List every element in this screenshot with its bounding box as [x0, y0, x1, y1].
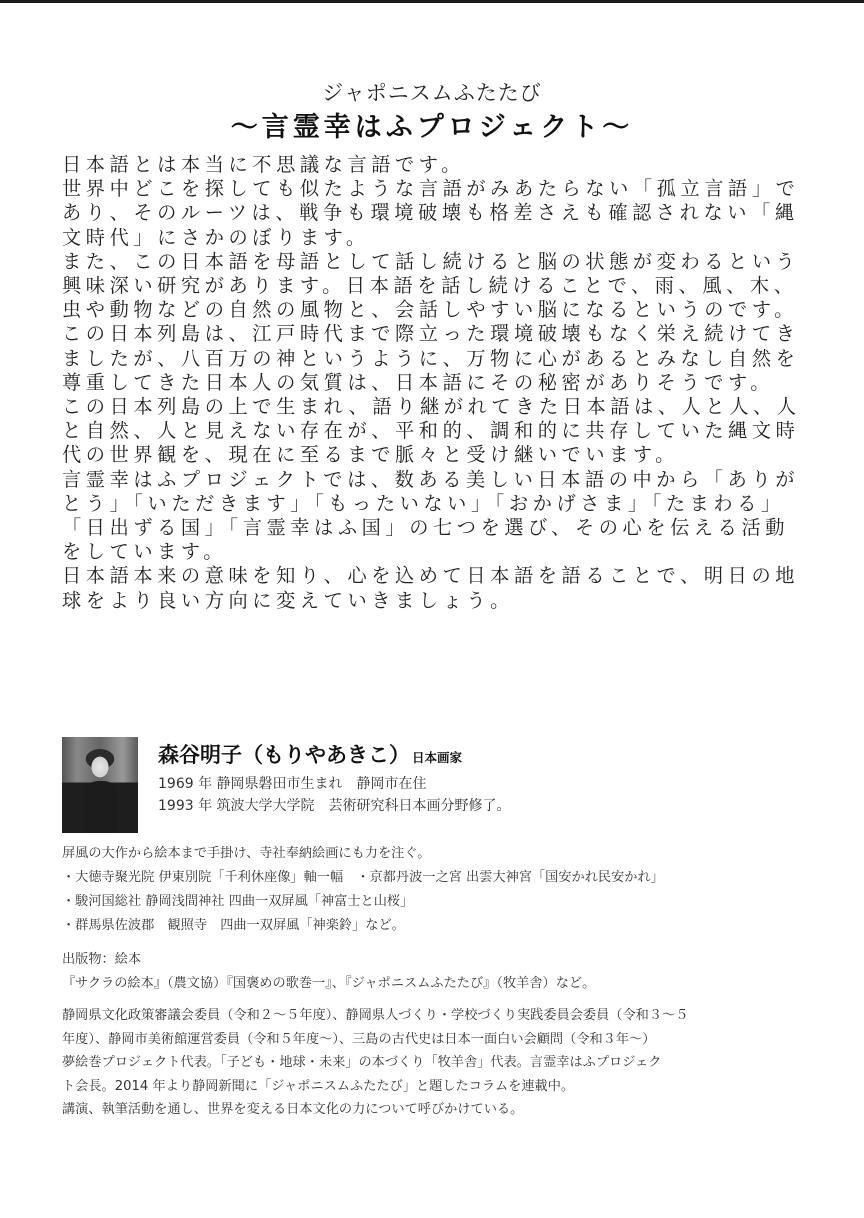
intro-text: 日本語とは本当に不思議な言語です。 世界中どこを探しても似たような言語がみあたら…	[62, 153, 807, 613]
paragraph: この日本列島は、江戸時代まで際立った環境破壊もなく栄え続けてきましたが、八百万の…	[62, 322, 807, 395]
works-item: ・駿河国総社 静岡浅間神社 四曲一双屏風「神富士と山桜」	[62, 890, 822, 914]
author-name-line: 森谷明子（もりやあきこ）日本画家	[158, 739, 462, 769]
publications-list: 『サクラの絵本』（農文協）『国褒めの歌巻一』、『ジャポニスムふたたび』（牧羊舎）…	[62, 972, 822, 996]
page-title: 〜言霊幸はふプロジェクト〜	[0, 110, 864, 146]
publications-label: 出版物：絵本	[62, 948, 822, 972]
paragraph: また、この日本語を母語として話し続けると脳の状態が変わるという興味深い研究があり…	[62, 250, 807, 323]
roles-line: 夢絵巻プロジェクト代表。「子ども・地球・未来」の本づくり「牧羊舎」代表。言霊幸は…	[62, 1051, 822, 1075]
bio-birth: 1969 年 静岡県磐田市生まれ 静岡市在住	[158, 773, 427, 793]
roles-line: ト会長。2014 年より静岡新聞に「ジャポニスムふたたび」と題したコラムを連載中…	[62, 1075, 822, 1099]
paragraph: 日本語本来の意味を知り、心を込めて日本語を語ることで、明日の地球をより良い方向に…	[62, 564, 807, 612]
top-border	[0, 0, 864, 3]
works-intro: 屏風の大作から絵本まで手掛け、寺社奉納絵画にも力を注ぐ。	[62, 842, 822, 866]
works-item: ・大徳寺聚光院 伊東別院「千利休座像」軸一幅 ・京都丹波一之宮 出雲大神宮「国安…	[62, 866, 822, 890]
author-role: 日本画家	[412, 750, 462, 765]
author-name: 森谷明子（もりやあきこ）	[158, 743, 410, 767]
works-item: ・群馬県佐波郡 観照寺 四曲一双屏風「神楽鈴」など。	[62, 914, 822, 938]
paragraph: 言霊幸はふプロジェクトでは、数ある美しい日本語の中から「ありがとう」「いただきま…	[62, 468, 807, 565]
paragraph: 日本語とは本当に不思議な言語です。	[62, 153, 807, 177]
paragraph: 世界中どこを探しても似たような言語がみあたらない「孤立言語」であり、そのルーツは…	[62, 177, 807, 250]
paragraph: この日本列島の上で生まれ、語り継がれてきた日本語は、人と人、人と自然、人と見えな…	[62, 395, 807, 468]
title-block: ジャポニスムふたたび 〜言霊幸はふプロジェクト〜	[0, 78, 864, 146]
publications-section: 出版物：絵本 『サクラの絵本』（農文協）『国褒めの歌巻一』、『ジャポニスムふたた…	[62, 948, 822, 996]
works-section: 屏風の大作から絵本まで手掛け、寺社奉納絵画にも力を注ぐ。 ・大徳寺聚光院 伊東別…	[62, 842, 822, 938]
author-details: 屏風の大作から絵本まで手掛け、寺社奉納絵画にも力を注ぐ。 ・大徳寺聚光院 伊東別…	[62, 842, 822, 1122]
bio-education: 1993 年 筑波大学大学院 芸術研究科日本画分野修了。	[158, 795, 511, 815]
roles-line: 年度）、静岡市美術館運営委員（令和５年度〜）、三島の古代史は日本一面白い会顧問（…	[62, 1028, 822, 1052]
roles-line: 講演、執筆活動を通し、世界を変える日本文化の力について呼びかけている。	[62, 1098, 822, 1122]
author-photo	[62, 737, 138, 833]
roles-section: 静岡県文化政策審議会委員（令和２〜５年度）、静岡県人づくり・学校づくり実践委員会…	[62, 1004, 822, 1122]
page-subtitle: ジャポニスムふたたび	[0, 78, 864, 108]
author-profile: 森谷明子（もりやあきこ）日本画家 1969 年 静岡県磐田市生まれ 静岡市在住 …	[62, 737, 822, 835]
roles-line: 静岡県文化政策審議会委員（令和２〜５年度）、静岡県人づくり・学校づくり実践委員会…	[62, 1004, 822, 1028]
